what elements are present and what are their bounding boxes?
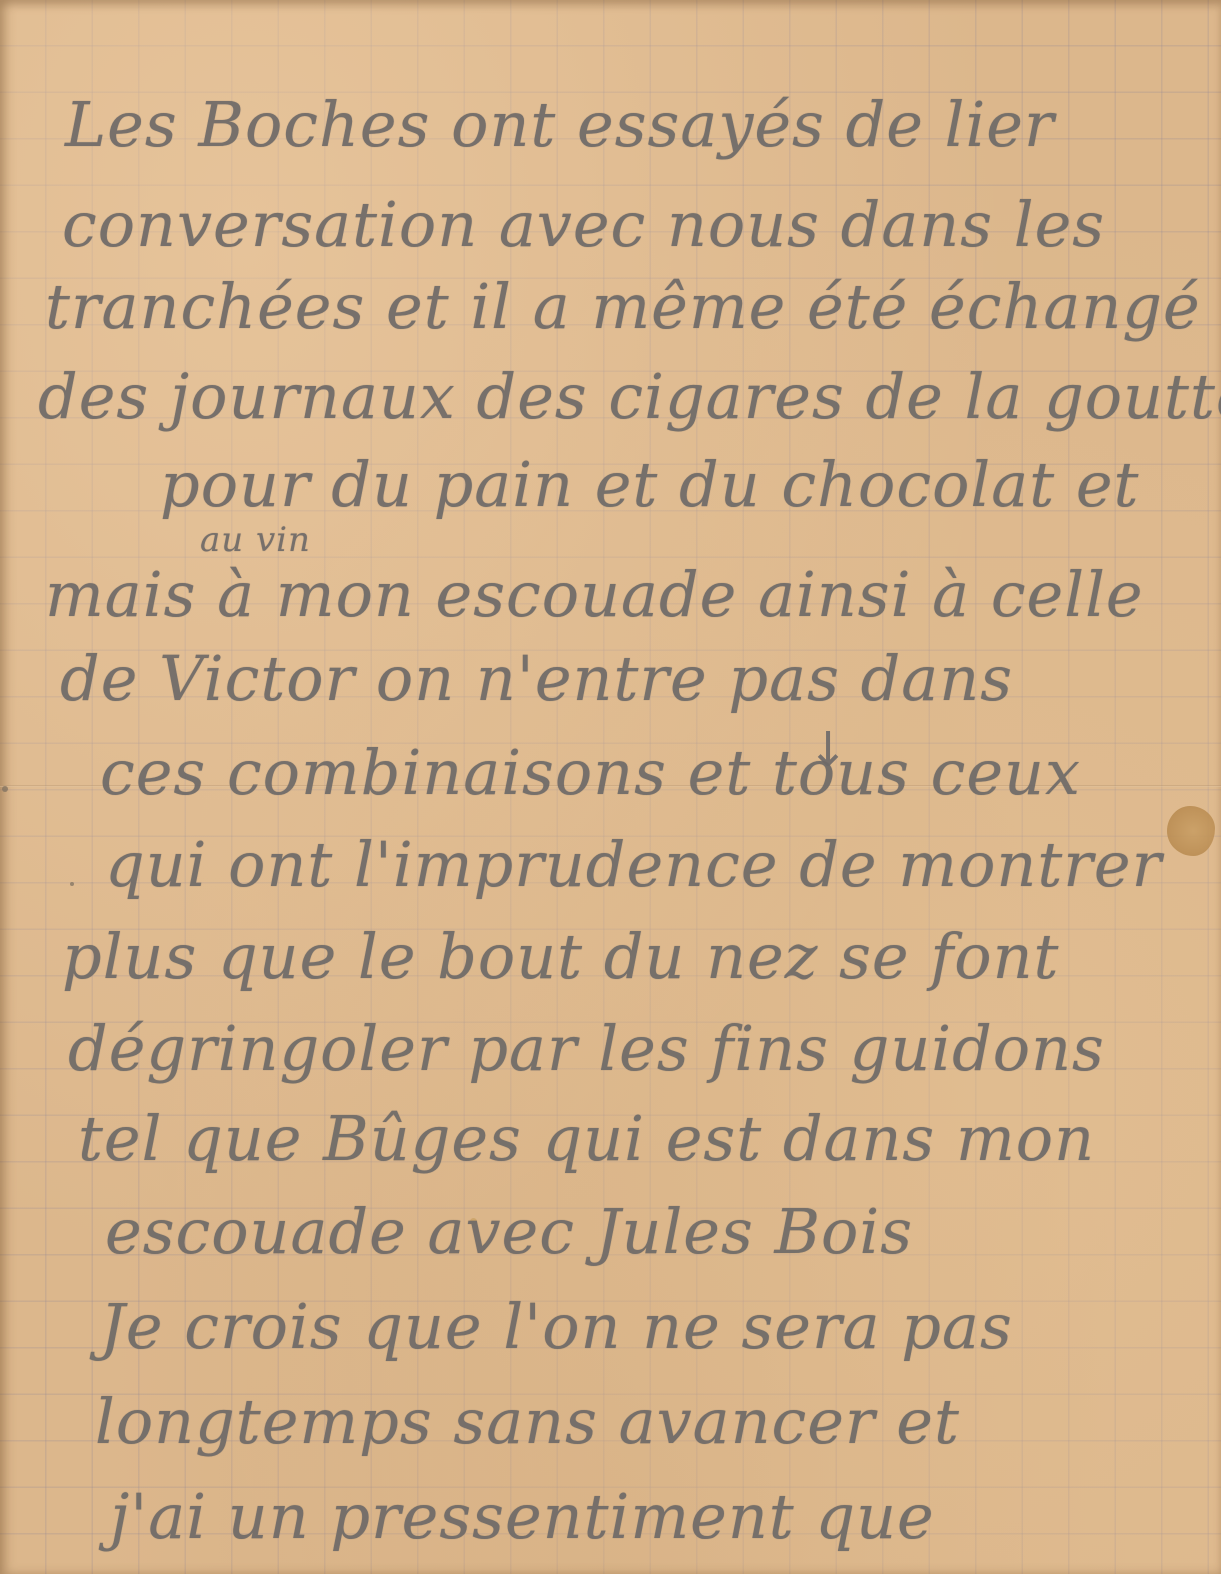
letter-line-1: Les Boches ont essayés de lier bbox=[65, 88, 1055, 161]
letter-line-4: des journaux des cigares de la goutte bbox=[38, 360, 1221, 433]
letter-line-6: mais à mon escouade ainsi à celle bbox=[45, 558, 1144, 631]
letter-line-5: pour du pain et du chocolat et bbox=[160, 448, 1139, 521]
letter-line-8: ces combinaisons et tous ceux bbox=[100, 736, 1081, 809]
ink-spot bbox=[70, 882, 74, 886]
ink-spot bbox=[2, 786, 8, 792]
letter-line-9: qui ont l'imprudence de montrer bbox=[105, 828, 1162, 901]
letter-insertion-line: au vin bbox=[200, 520, 311, 560]
letter-line-14: Je crois que l'on ne sera pas bbox=[100, 1290, 1013, 1363]
letter-line-3: tranchées et il a même été échangé bbox=[45, 270, 1201, 343]
letter-line-11: dégringoler par les fins guidons bbox=[68, 1012, 1105, 1085]
stain-mark bbox=[1167, 806, 1215, 856]
letter-line-12: tel que Bûges qui est dans mon bbox=[78, 1102, 1095, 1175]
letter-line-15: longtemps sans avancer et bbox=[95, 1385, 960, 1458]
letter-line-7: de Victor on n'entre pas dans bbox=[60, 642, 1013, 715]
letter-line-10: plus que le bout du nez se font bbox=[62, 920, 1059, 993]
letter-page: Les Boches ont essayés de lier conversat… bbox=[0, 0, 1221, 1574]
letter-line-2: conversation avec nous dans les bbox=[62, 188, 1105, 261]
letter-line-16: j'ai un pressentiment que bbox=[110, 1480, 935, 1553]
letter-line-13: escouade avec Jules Bois bbox=[105, 1195, 913, 1268]
